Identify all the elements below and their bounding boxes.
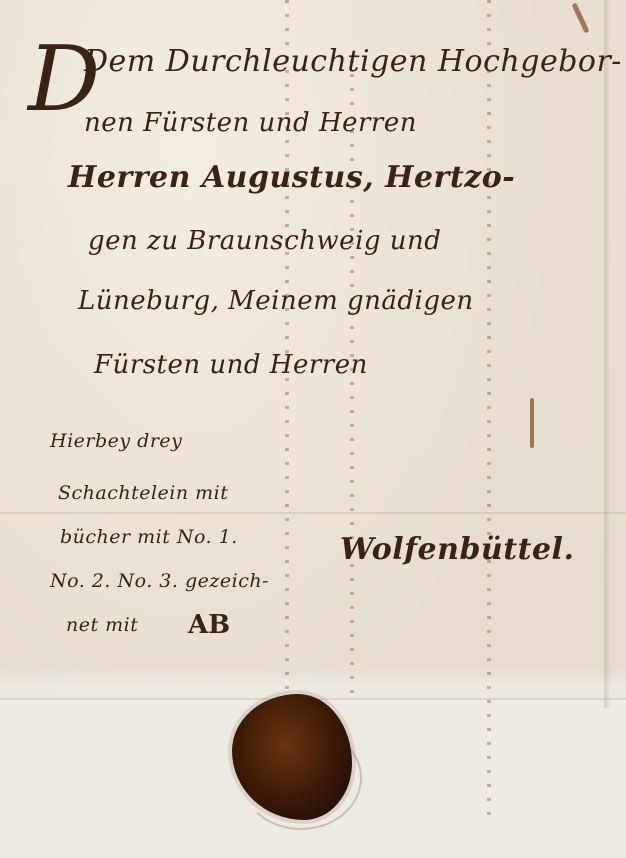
place-name: Wolfenbüttel. bbox=[340, 532, 574, 567]
address-line-3: Herren Augustus, Hertzo- bbox=[68, 160, 515, 195]
ink-bleed-dots bbox=[350, 60, 354, 700]
address-line-6: Fürsten und Herren bbox=[94, 350, 368, 380]
note-line-5: net mit bbox=[66, 614, 138, 636]
address-line-5: Lüneburg, Meinem gnädigen bbox=[78, 286, 474, 316]
address-line-1: Dem Durchleuchtigen Hochgebor- bbox=[84, 44, 622, 79]
note-line-4: No. 2. No. 3. gezeich- bbox=[50, 570, 269, 592]
address-line-2: nen Fürsten und Herren bbox=[84, 108, 417, 138]
fold-line bbox=[0, 512, 626, 514]
ink-mark bbox=[530, 398, 534, 448]
ink-bleed-dots bbox=[487, 0, 491, 820]
note-line-1: Hierbey drey bbox=[50, 430, 182, 452]
address-line-4: gen zu Braunschweig und bbox=[88, 226, 441, 256]
paper-edge bbox=[604, 0, 610, 708]
merchant-mark-monogram: AB bbox=[188, 610, 230, 640]
note-line-3: bücher mit No. 1. bbox=[60, 526, 238, 548]
note-line-2: Schachtelein mit bbox=[58, 482, 228, 504]
